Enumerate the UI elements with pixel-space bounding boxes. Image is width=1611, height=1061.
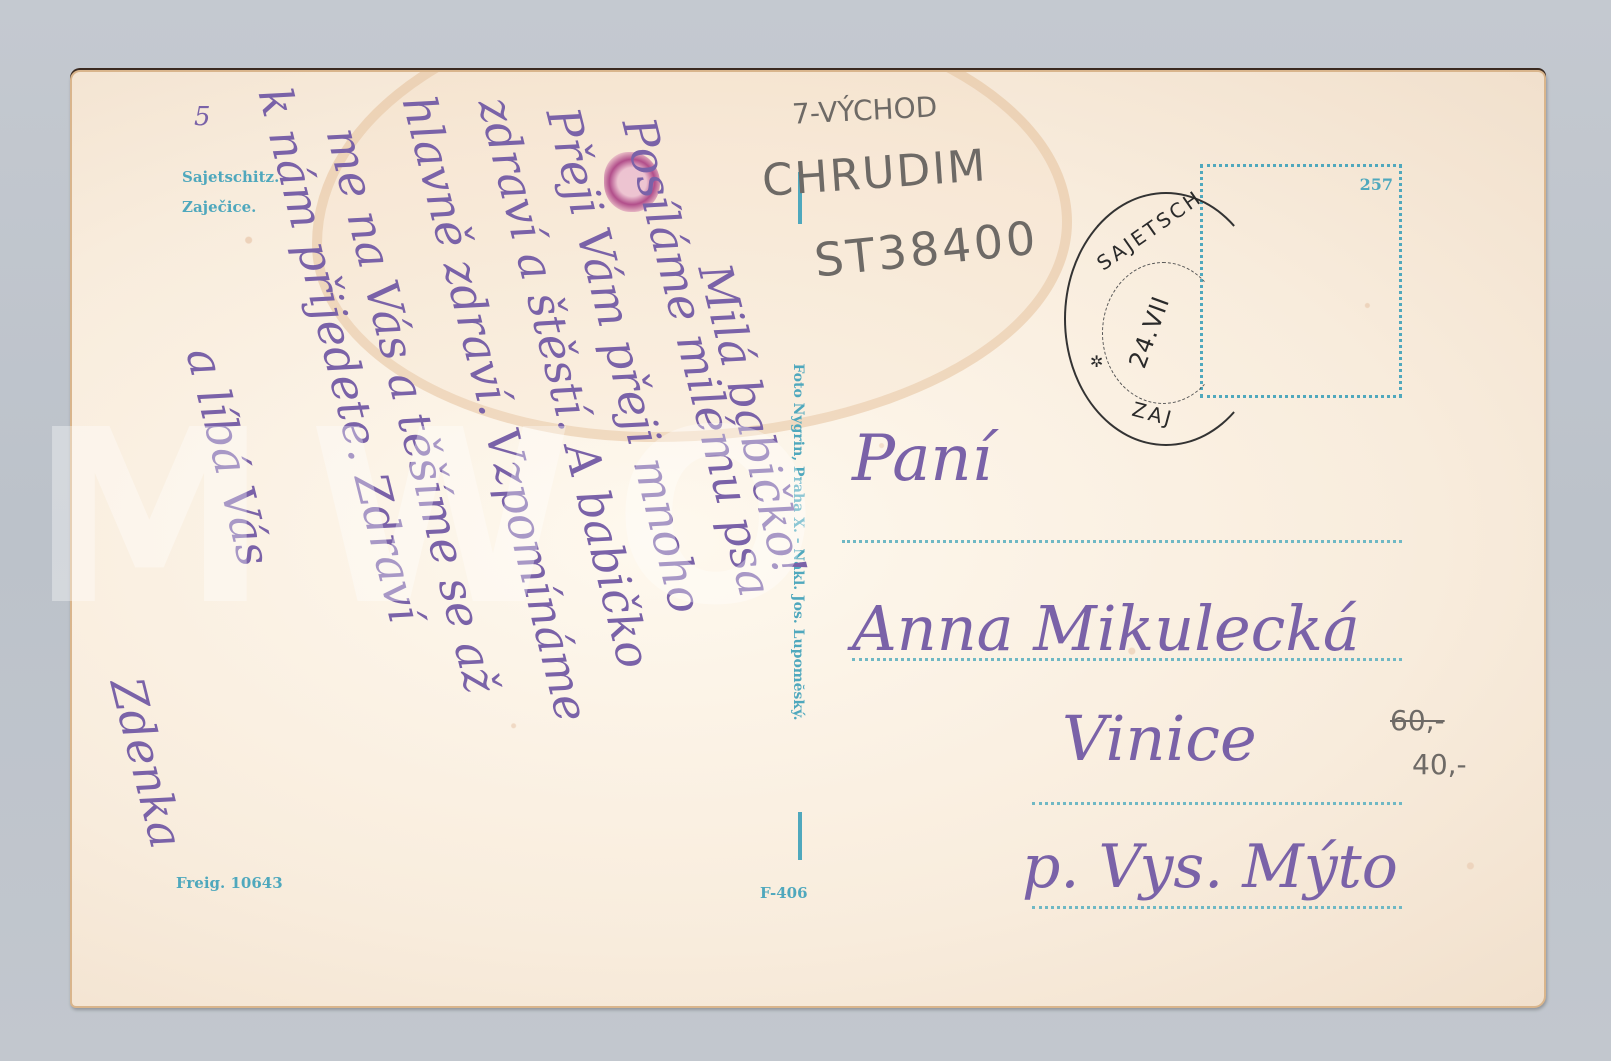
postcard-back: Sajetschitz. Zaječice. Freig. 10643 F-40… xyxy=(70,70,1546,1008)
divider-line-bottom xyxy=(798,812,802,860)
pencil-note-stock-id: ST38400 xyxy=(812,210,1041,287)
address-salutation: Paní xyxy=(852,422,992,496)
pencil-note-district: CHRUDIM xyxy=(760,140,988,207)
message-line: a líbá Vás xyxy=(176,342,282,571)
address-village: Vinice xyxy=(1062,702,1257,775)
catalogue-number: F-406 xyxy=(760,884,808,902)
postmark-town: SAJETSCH xyxy=(1092,185,1207,275)
stamp-box: 257 xyxy=(1200,164,1402,398)
address-line-4 xyxy=(1032,906,1402,909)
address-line-1 xyxy=(842,540,1402,543)
address-post-office: p. Vys. Mýto xyxy=(1022,832,1398,902)
corner-mark: 5 xyxy=(194,102,211,132)
pencil-price-old: 60,- xyxy=(1390,704,1445,737)
stamp-box-number: 257 xyxy=(1360,175,1393,194)
place-name-german: Sajetschitz. xyxy=(182,168,279,186)
address-line-3 xyxy=(1032,802,1402,805)
place-name-czech: Zaječice. xyxy=(182,198,256,216)
address-recipient-name: Anna Mikulecká xyxy=(852,592,1360,665)
approval-number: Freig. 10643 xyxy=(176,874,283,892)
pencil-note-region: 7-VÝCHOD xyxy=(791,90,938,131)
postmark-star-icon: ✲ xyxy=(1090,352,1103,371)
pencil-price-new: 40,- xyxy=(1412,748,1467,781)
message-signature: Zdenka xyxy=(100,672,194,853)
